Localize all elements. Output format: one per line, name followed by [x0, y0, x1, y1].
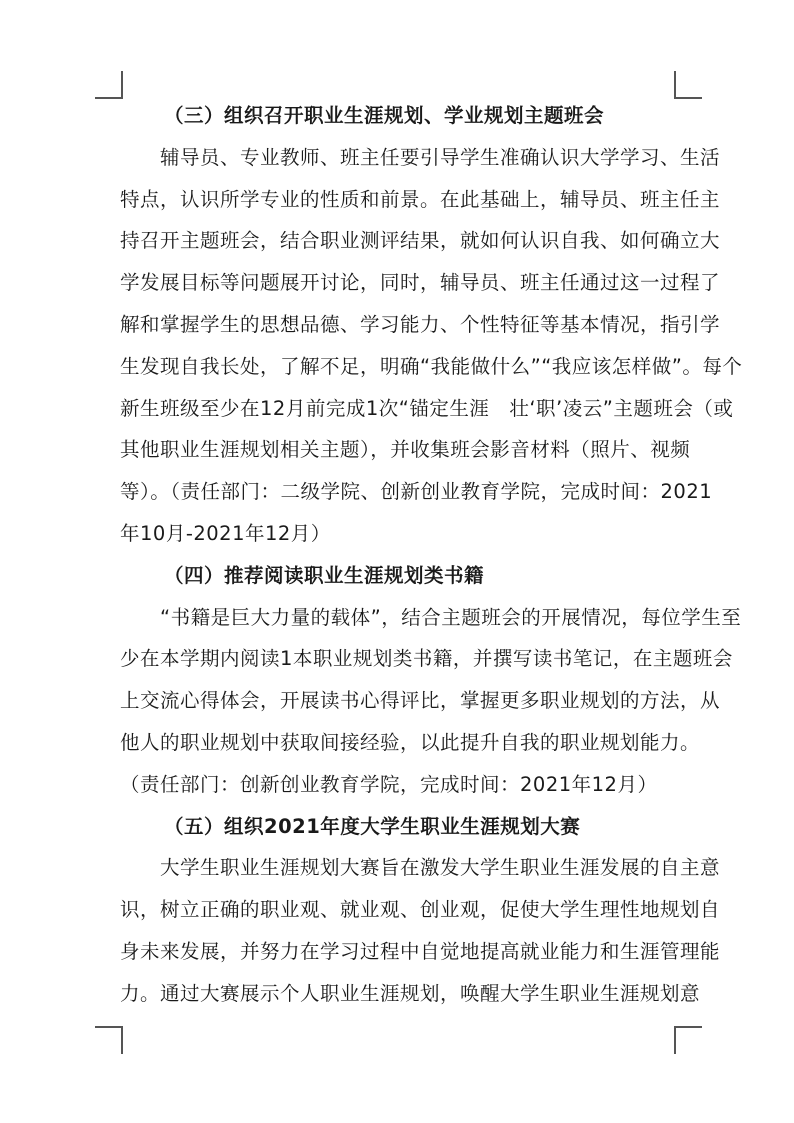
paragraph-line: 他人的职业规划中获取间接经验，以此提升自我的职业规划能力。	[120, 722, 668, 764]
crop-mark-bottom-right	[674, 1026, 702, 1054]
paragraph-line: 少在本学期内阅读1本职业规划类书籍，并撰写读书笔记，在主题班会	[120, 638, 668, 680]
paragraph-line: 生发现自我长处，了解不足，明确“我能做什么”“我应该怎样做”。每个	[120, 346, 668, 388]
paragraph-line: 力。通过大赛展示个人职业生涯规划，唤醒大学生职业生涯规划意	[120, 973, 668, 1015]
paragraph-line: 持召开主题班会，结合职业测评结果，就如何认识自我、如何确立大	[120, 220, 668, 262]
section-heading-4: （四）推荐阅读职业生涯规划类书籍	[120, 555, 668, 597]
paragraph-line: 年10月-2021年12月）	[120, 513, 668, 555]
paragraph-line: “书籍是巨大力量的载体”，结合主题班会的开展情况，每位学生至	[120, 597, 668, 639]
paragraph-line: （责任部门：创新创业教育学院，完成时间：2021年12月）	[120, 764, 668, 806]
paragraph-line: 解和掌握学生的思想品德、学习能力、个性特征等基本情况，指引学	[120, 304, 668, 346]
paragraph-line: 等）。（责任部门：二级学院、创新创业教育学院，完成时间：2021	[120, 471, 668, 513]
crop-mark-bottom-left	[95, 1026, 123, 1054]
paragraph-line: 识，树立正确的职业观、就业观、创业观，促使大学生理性地规划自	[120, 889, 668, 931]
paragraph-line: 学发展目标等问题展开讨论，同时，辅导员、班主任通过这一过程了	[120, 262, 668, 304]
paragraph-line: 大学生职业生涯规划大赛旨在激发大学生职业生涯发展的自主意	[120, 847, 668, 889]
paragraph-line: 辅导员、专业教师、班主任要引导学生准确认识大学学习、生活	[120, 137, 668, 179]
paragraph-line: 特点，认识所学专业的性质和前景。在此基础上，辅导员、班主任主	[120, 179, 668, 221]
paragraph-line: 身未来发展，并努力在学习过程中自觉地提高就业能力和生涯管理能	[120, 931, 668, 973]
crop-mark-top-right	[674, 71, 702, 99]
crop-mark-top-left	[95, 71, 123, 99]
section-heading-5: （五）组织2021年度大学生职业生涯规划大赛	[120, 806, 668, 848]
document-body: （三）组织召开职业生涯规划、学业规划主题班会 辅导员、专业教师、班主任要引导学生…	[120, 95, 668, 1015]
paragraph-line: 其他职业生涯规划相关主题），并收集班会影音材料（照片、视频	[120, 429, 668, 471]
section-heading-3: （三）组织召开职业生涯规划、学业规划主题班会	[120, 95, 668, 137]
paragraph-line: 上交流心得体会，开展读书心得评比，掌握更多职业规划的方法，从	[120, 680, 668, 722]
paragraph-line: 新生班级至少在12月前完成1次“锚定生涯 壮‘职’凌云”主题班会（或	[120, 388, 668, 430]
